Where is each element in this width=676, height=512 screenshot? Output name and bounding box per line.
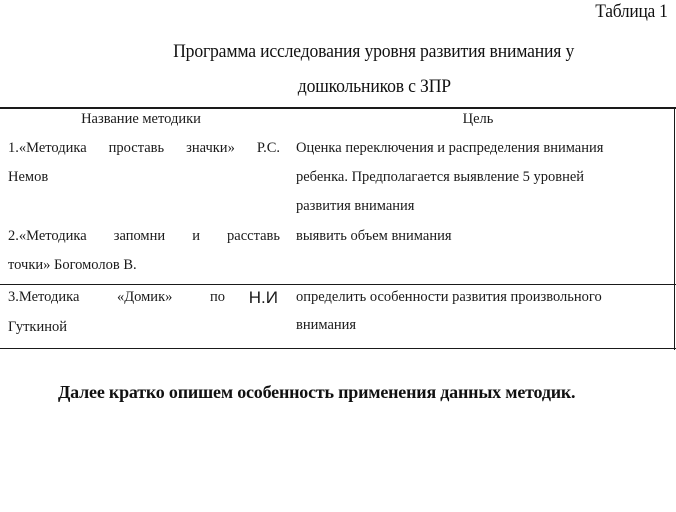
row-3-method-text: 3.Методика «Домик» по bbox=[8, 283, 225, 312]
row-1-goal-line-1: Оценка переключения и распределения вним… bbox=[296, 134, 668, 163]
row-2-method-line-1: 2.«Методика запомни и расставь bbox=[8, 222, 280, 251]
table-right-border bbox=[674, 107, 675, 350]
table-caption: Таблица 1 bbox=[596, 1, 668, 23]
row-1-goal-line-2: ребенка. Предполагается выявление 5 уров… bbox=[296, 163, 668, 192]
row-2-goal-line-1: выявить объем внимания bbox=[296, 222, 668, 251]
row-1-method-line-1: 1.«Методика проставь значки» Р.С. bbox=[8, 134, 280, 163]
row-3-method-line-2: Гуткиной bbox=[8, 313, 280, 342]
column-header-goal: Цель bbox=[282, 105, 674, 134]
column-header-method: Название методики bbox=[0, 105, 282, 134]
table-title-line-1: Программа исследования уровня развития в… bbox=[36, 41, 676, 63]
row-3-method-line-1: 3.Методика «Домик» по Н.И bbox=[8, 283, 278, 312]
summary-paragraph: Далее кратко опишем особенность применен… bbox=[58, 382, 575, 403]
row-3-method-initials: Н.И bbox=[249, 283, 278, 312]
row-1-goal-line-3: развития внимания bbox=[296, 192, 668, 221]
row-1-method-line-2: Немов bbox=[8, 163, 280, 192]
table-bottom-border bbox=[0, 348, 676, 349]
row-2-method-line-2: точки» Богомолов В. bbox=[8, 251, 280, 280]
row-3-goal-line-2: внимания bbox=[296, 311, 668, 340]
row-3-goal-line-1: определить особенности развития произвол… bbox=[296, 283, 668, 312]
table-title-line-2: дошкольников с ЗПР bbox=[36, 76, 676, 98]
